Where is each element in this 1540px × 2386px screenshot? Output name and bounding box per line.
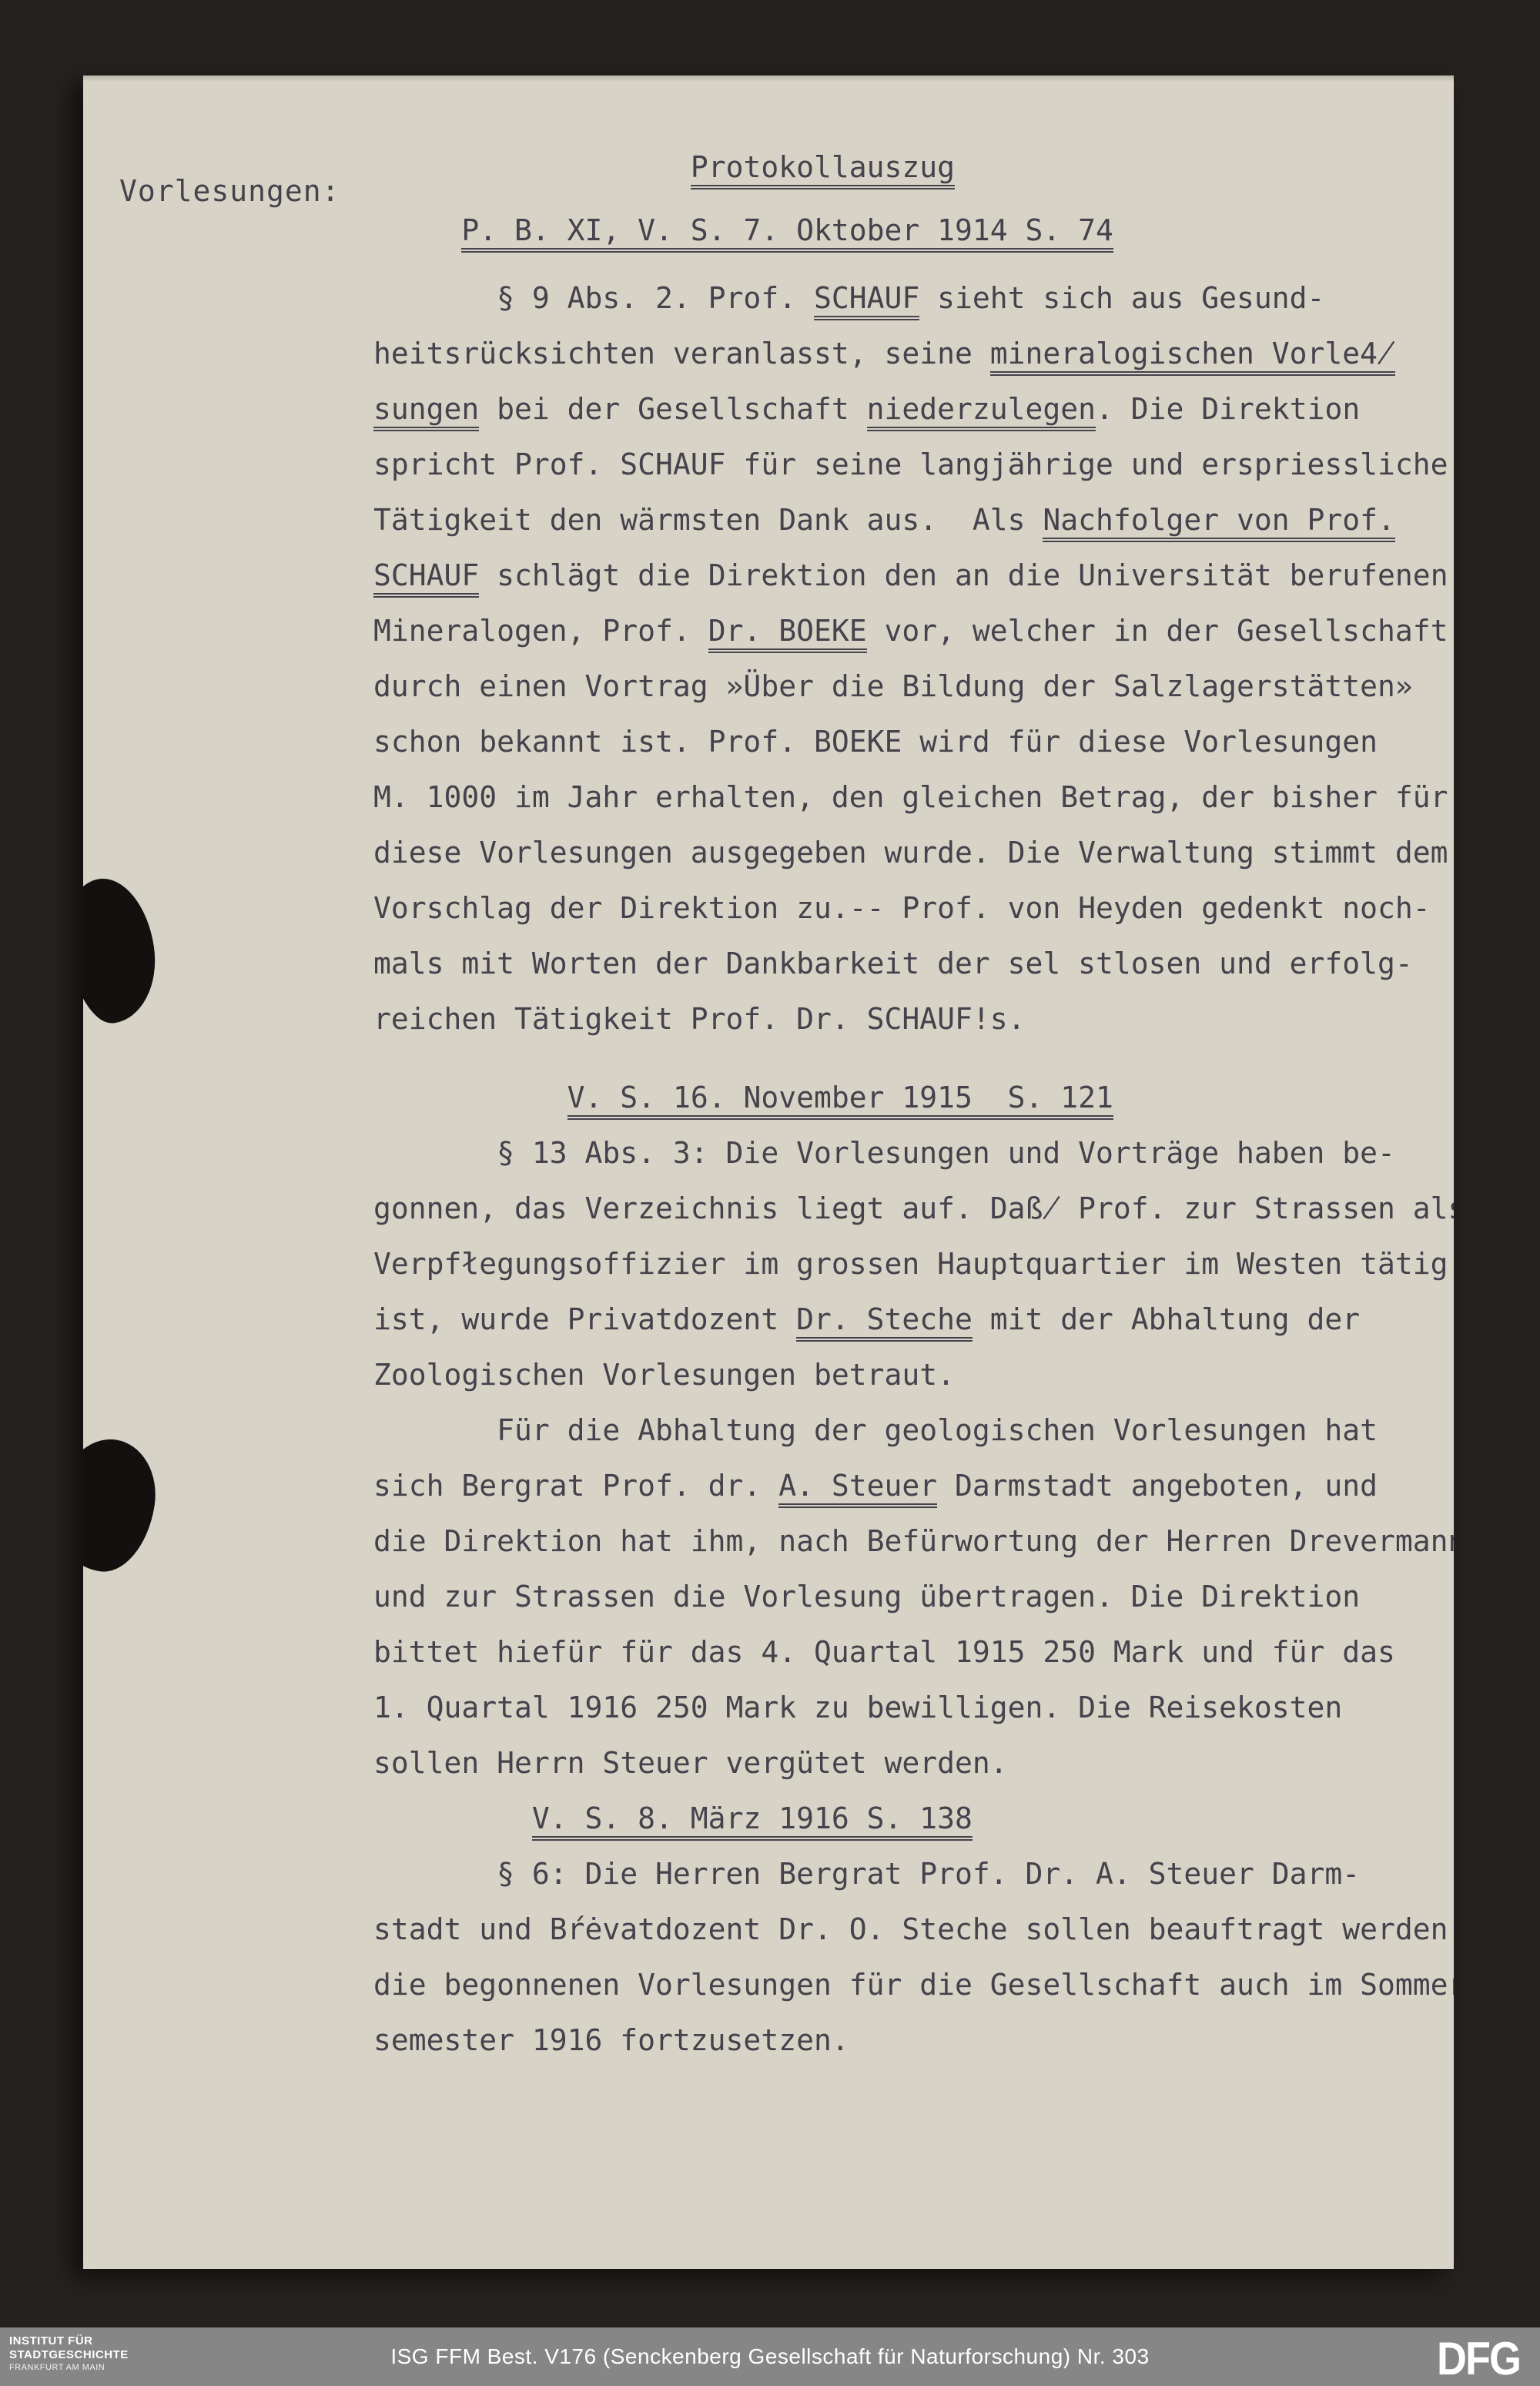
text-segment: spricht Prof. SCHAUF für seine langjähri… (373, 447, 1448, 481)
document-line: gonnen, das Verzeichnis liegt auf. Daß̸ … (373, 1191, 1454, 1246)
underlined-text: V. S. 16. November 1915 S. 121 (567, 1081, 1113, 1120)
dfg-logo: DFG (1437, 2332, 1520, 2385)
document-page: Vorlesungen: Protokollauszug P. B. XI, V… (83, 75, 1454, 2269)
document-line: Verpfłegungsoffizier im grossen Hauptqua… (373, 1246, 1454, 1302)
underlined-text: P. B. XI, V. S. 7. Oktober 1914 S. 74 (461, 213, 1113, 253)
document-line: ist, wurde Privatdozent Dr. Steche mit d… (373, 1302, 1454, 1357)
text-segment: . Die Direktion (1096, 392, 1360, 426)
document-heading-line: Protokollauszug (373, 149, 1454, 205)
text-segment: § 6: Die Herren Bergrat Prof. Dr. A. Ste… (373, 1857, 1360, 1891)
document-line: sollen Herrn Steuer vergütet werden. (373, 1745, 1454, 1801)
text-segment: sollen Herrn Steuer vergütet werden. (373, 1746, 1008, 1780)
text-segment: Darmstadt angeboten, und (937, 1469, 1378, 1503)
document-line: stadt und Bŕėvatdozent Dr. O. Steche sol… (373, 1912, 1454, 1967)
underlined-text: Protokollauszug (691, 150, 955, 189)
underlined-text: Dr. Steche (796, 1302, 973, 1342)
text-segment: die Direktion hat ihm, nach Befürwortung… (373, 1524, 1454, 1558)
text-segment: Tätigkeit den wärmsten Dank aus. Als (373, 503, 1043, 537)
text-segment: Mineralogen, Prof. (373, 614, 708, 648)
underlined-text: V. S. 8. März 1916 S. 138 (532, 1801, 973, 1841)
document-line: Vorschlag der Direktion zu.-- Prof. von … (373, 890, 1454, 946)
text-segment: M. 1000 im Jahr erhalten, den gleichen B… (373, 780, 1448, 814)
underlined-text: Nachfolger von Prof. (1043, 503, 1395, 542)
document-line: die Direktion hat ihm, nach Befürwortung… (373, 1523, 1454, 1579)
text-segment: Vorschlag der Direktion zu.-- Prof. von … (373, 891, 1431, 925)
document-line: mals mit Worten der Dankbarkeit der sel … (373, 946, 1454, 1001)
text-segment: 1. Quartal 1916 250 Mark zu bewilligen. … (373, 1691, 1342, 1724)
text-segment (373, 150, 691, 184)
document-line: M. 1000 im Jahr erhalten, den gleichen B… (373, 779, 1454, 835)
document-line: spricht Prof. SCHAUF für seine langjähri… (373, 447, 1454, 502)
underlined-text: Dr. BOEKE (708, 614, 867, 653)
margin-label: Vorlesungen: (119, 174, 340, 208)
text-segment: diese Vorlesungen ausgegeben wurde. Die … (373, 836, 1448, 870)
document-line: bittet hiefür für das 4. Quartal 1915 25… (373, 1634, 1454, 1690)
text-segment: bei der Gesellschaft (479, 392, 866, 426)
text-segment: gonnen, das Verzeichnis liegt auf. Daß̸ … (373, 1191, 1454, 1225)
text-segment: Verpfłegungsoffizier im grossen Hauptqua… (373, 1247, 1448, 1281)
text-segment: vor, welcher in der Gesellschaft (867, 614, 1448, 648)
underlined-text: SCHAUF (814, 281, 919, 320)
document-line: SCHAUF schlägt die Direktion den an die … (373, 558, 1454, 613)
text-segment: schlägt die Direktion den an die Univers… (479, 558, 1448, 592)
document-line: sich Bergrat Prof. dr. A. Steuer Darmsta… (373, 1468, 1454, 1523)
archive-reference: ISG FFM Best. V176 (Senckenberg Gesellsc… (0, 2327, 1540, 2386)
text-segment (373, 1801, 532, 1835)
document-line: reichen Tätigkeit Prof. Dr. SCHAUF!s. (373, 1001, 1454, 1057)
punch-hole-bottom (83, 1432, 164, 1578)
document-heading-line: V. S. 16. November 1915 S. 121 (373, 1080, 1454, 1135)
text-segment (373, 1081, 567, 1114)
document-line: und zur Strassen die Vorlesung übertrage… (373, 1579, 1454, 1634)
underlined-text: A. Steuer (778, 1469, 937, 1508)
text-segment: sich Bergrat Prof. dr. (373, 1469, 778, 1503)
text-segment: die begonnenen Vorlesungen für die Gesel… (373, 1968, 1454, 2002)
document-line: Mineralogen, Prof. Dr. BOEKE vor, welche… (373, 613, 1454, 669)
document-line: § 6: Die Herren Bergrat Prof. Dr. A. Ste… (373, 1856, 1454, 1912)
text-segment: Zoologischen Vorlesungen betraut. (373, 1358, 955, 1392)
document-line: sungen bei der Gesellschaft niederzulege… (373, 391, 1454, 447)
text-segment: schon bekannt ist. Prof. BOEKE wird für … (373, 725, 1378, 759)
document-heading-line: V. S. 8. März 1916 S. 138 (373, 1801, 1454, 1856)
document-line: Tätigkeit den wärmsten Dank aus. Als Nac… (373, 502, 1454, 558)
document-line: Für die Abhaltung der geologischen Vorle… (373, 1412, 1454, 1468)
text-column: Protokollauszug P. B. XI, V. S. 7. Oktob… (373, 149, 1454, 2078)
text-segment: sieht sich aus Gesund- (919, 281, 1324, 315)
text-segment (373, 213, 461, 247)
document-line: semester 1916 fortzusetzen. (373, 2022, 1454, 2078)
text-segment: § 13 Abs. 3: Die Vorlesungen und Vorträg… (373, 1136, 1395, 1170)
text-segment: ist, wurde Privatdozent (373, 1302, 796, 1336)
document-line: heitsrücksichten veranlasst, seine miner… (373, 336, 1454, 391)
document-line: 1. Quartal 1916 250 Mark zu bewilligen. … (373, 1690, 1454, 1745)
text-segment: bittet hiefür für das 4. Quartal 1915 25… (373, 1635, 1395, 1669)
underlined-text: SCHAUF (373, 558, 479, 598)
document-line: § 13 Abs. 3: Die Vorlesungen und Vorträg… (373, 1135, 1454, 1191)
document-line: Zoologischen Vorlesungen betraut. (373, 1357, 1454, 1412)
text-segment: reichen Tätigkeit Prof. Dr. SCHAUF!s. (373, 1002, 1025, 1036)
footer-bar: INSTITUT FÜR STADTGESCHICHTE FRANKFURT A… (0, 2327, 1540, 2386)
underlined-text: mineralogischen Vorle4̸ (990, 337, 1395, 376)
text-segment: Für die Abhaltung der geologischen Vorle… (373, 1413, 1378, 1447)
document-heading-line: P. B. XI, V. S. 7. Oktober 1914 S. 74 (373, 213, 1454, 268)
text-segment: stadt und Bŕėvatdozent Dr. O. Steche sol… (373, 1912, 1448, 1946)
document-line: die begonnenen Vorlesungen für die Gesel… (373, 1967, 1454, 2022)
underlined-text: niederzulegen (867, 392, 1096, 431)
text-segment: heitsrücksichten veranlasst, seine (373, 337, 990, 370)
text-segment: semester 1916 fortzusetzen. (373, 2023, 849, 2057)
text-segment: § 9 Abs. 2. Prof. (373, 281, 814, 315)
text-segment: mals mit Worten der Dankbarkeit der sel … (373, 947, 1413, 980)
text-segment: mit der Abhaltung der (973, 1302, 1360, 1336)
document-line: diese Vorlesungen ausgegeben wurde. Die … (373, 835, 1454, 890)
text-segment: durch einen Vortrag »Über die Bildung de… (373, 669, 1413, 703)
underlined-text: sungen (373, 392, 479, 431)
document-line: § 9 Abs. 2. Prof. SCHAUF sieht sich aus … (373, 280, 1454, 336)
document-line: durch einen Vortrag »Über die Bildung de… (373, 669, 1454, 724)
text-segment: und zur Strassen die Vorlesung übertrage… (373, 1580, 1360, 1614)
punch-hole-top (83, 873, 164, 1028)
document-line: schon bekannt ist. Prof. BOEKE wird für … (373, 724, 1454, 779)
